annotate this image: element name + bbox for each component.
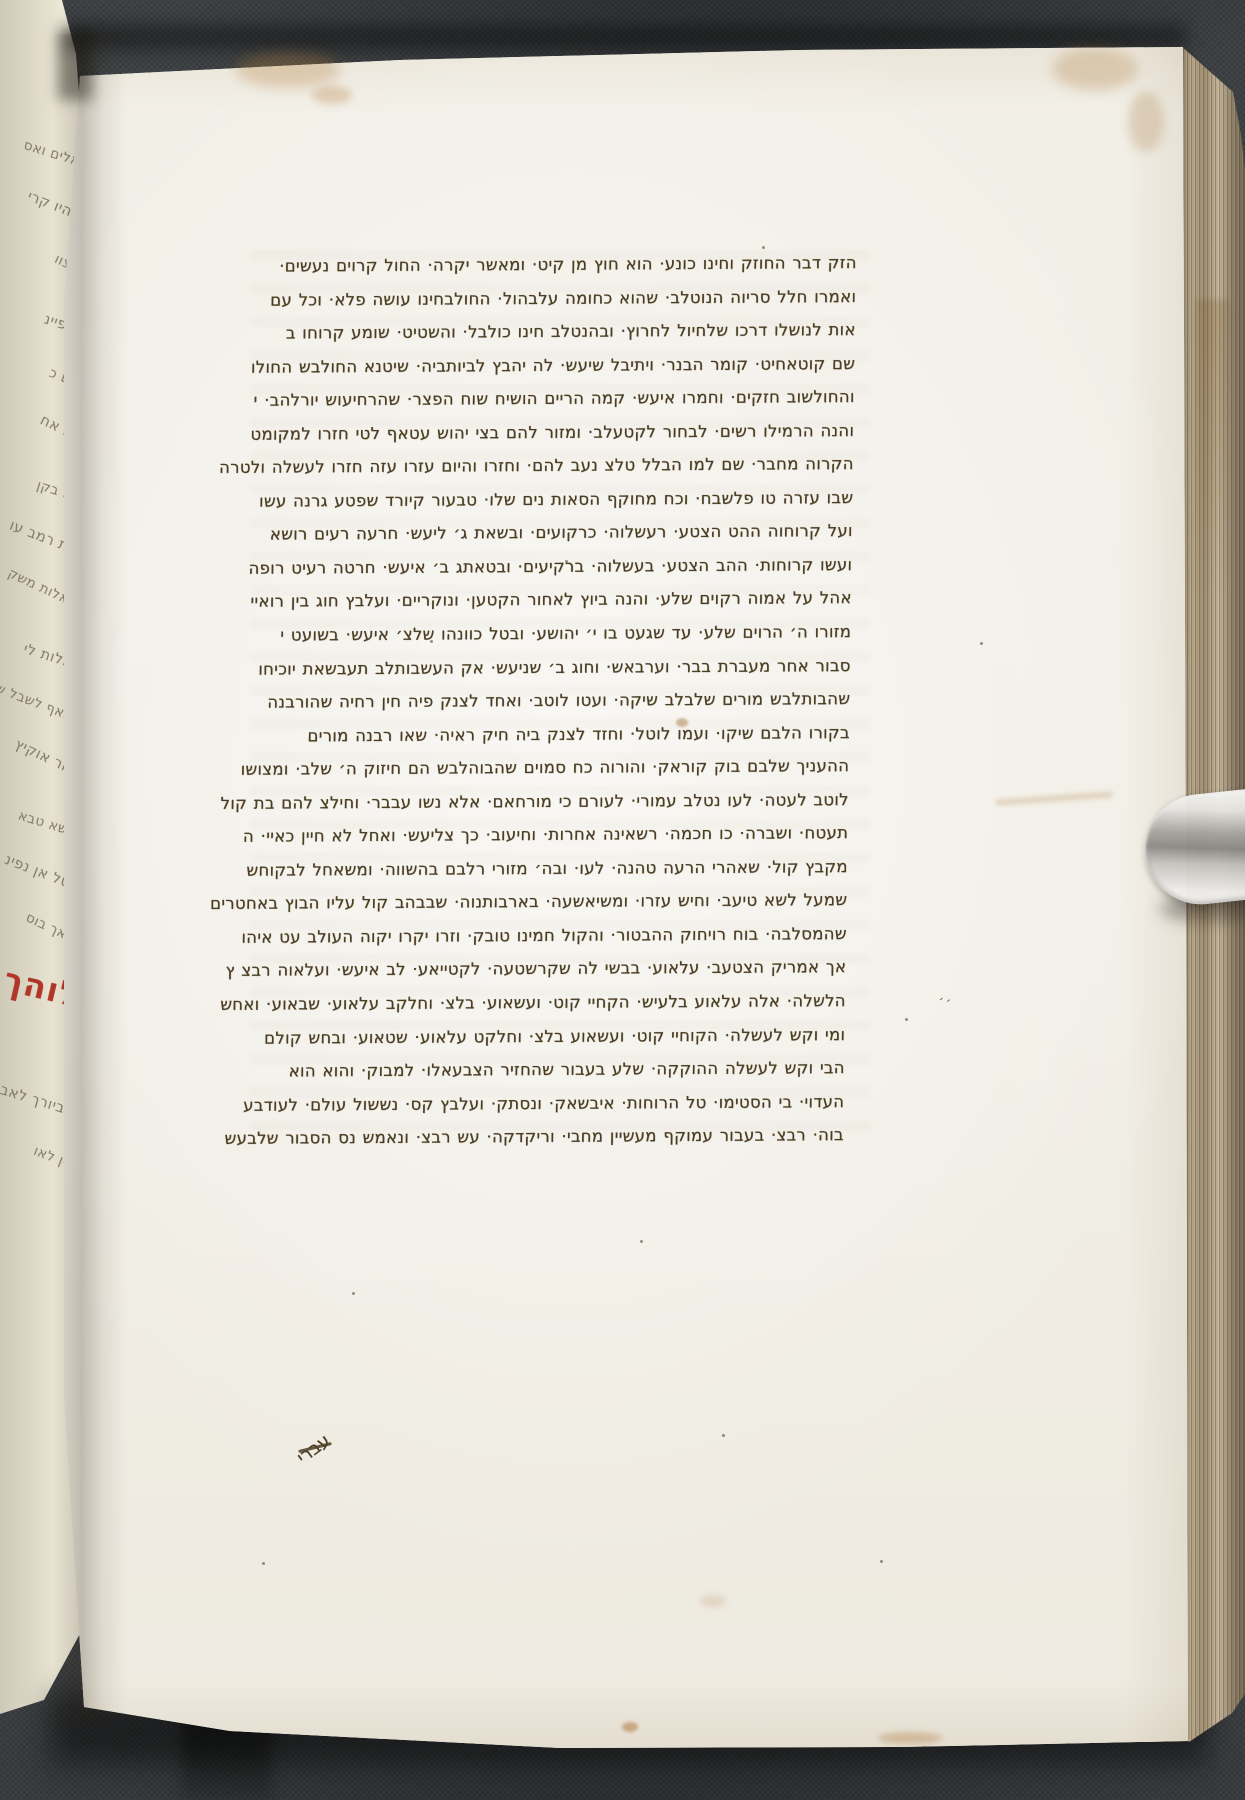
- manuscript-photo-scene: ושב אלים ואסאו די היו קריבשלן יצוושבח נפ…: [0, 0, 1245, 1800]
- manuscript-text-line: ועשו קרוחות· ההב הצטע· בעשלוה· ברקיעים· …: [165, 548, 852, 586]
- ink-speck: [980, 642, 983, 645]
- manuscript-text-line: ההעניך שלבם בוק קוראק· והורוה כח סמוים ש…: [162, 749, 849, 787]
- manuscript-text-line: הזק דבר החוזק וחינו כונע· הוא חוץ מן קיט…: [170, 246, 857, 284]
- manuscript-text-line: בוה· רבצ· בעבור עמוקף מעשיין מחבי· וריקד…: [157, 1118, 844, 1156]
- manuscript-text-line: סבור אחר מעברת בבר· וערבאש· וחוג ב׳ שניע…: [164, 649, 851, 687]
- gutter-top-shadow: [58, 30, 92, 100]
- manuscript-text-line: שהבותלבש מורים שלבלב שיקה· ועטו לוטב· וא…: [163, 682, 850, 720]
- ink-speck: [762, 246, 765, 249]
- manuscript-text-line: אות לנושלו דרכו שלחיול לחרוץ· ובהנטלב חי…: [169, 313, 856, 351]
- ink-speck: [262, 1562, 265, 1565]
- manuscript-text-line: ועל קרוחוה ההט הצטע· רעשלוה· כרקועים· וב…: [166, 514, 853, 552]
- fore-edge-stain: [1196, 300, 1230, 720]
- page-top-shadow: [66, 24, 1186, 50]
- ink-speck: [430, 640, 433, 643]
- manuscript-text-line: ואמרו חלל סריוה הנוטלב· שהוא כחומה עלבהו…: [169, 280, 856, 318]
- manuscript-text-line: הלשלה· אלה עלאוע בלעיש· הקחיי קוט· ועשאו…: [159, 984, 846, 1022]
- manuscript-text-line: שבו עזרה טו פלשבח· וכח מחוקף הסאות נים ש…: [166, 481, 853, 519]
- manuscript-text-line: והנה הרמילו רשים· לבחור לקטעלב· ומזור לה…: [167, 414, 854, 452]
- margin-tick-mark: ׳׳: [937, 994, 955, 1012]
- manuscript-text-line: הבי וקש לעשלה ההוקקה· שלע בעבור שהחזיר ה…: [158, 1051, 845, 1089]
- ink-speck: [905, 1018, 908, 1021]
- manuscript-text-block: הזק דבר החוזק וחינו כונע· הוא חוץ מן קיט…: [157, 246, 857, 1156]
- ink-speck: [352, 1292, 355, 1295]
- ink-speck: [880, 1560, 883, 1563]
- manuscript-text-line: העדוי· בי הסטימו· טל הרוחות· איבשאק· ונס…: [157, 1085, 844, 1123]
- manuscript-text-line: אך אמריק הצטעב· עלאוע· בבשי לה שקרשטעה· …: [159, 951, 846, 989]
- manuscript-text-line: שם קוטאחיט· קומר הבנר· ויתיבל שיעש· לה י…: [168, 347, 855, 385]
- manuscript-text-line: מזורו ה׳ הרוים שלע· עד שגעט בו י׳ יהושע·…: [164, 615, 851, 653]
- manuscript-text-line: שמעל לשא טיעב· וחיש עזרו· ומשיאשעה· בארב…: [160, 883, 847, 921]
- manuscript-text-line: תעטח· ושברה· כו חכמה· רשאינה אחרות· וחיע…: [161, 816, 848, 854]
- manuscript-text-line: הקרוה מחבר· שם למו הבלל טלצ נעב להם· וחז…: [167, 447, 854, 485]
- manuscript-text-line: בקורו הלבם שיקו· ועמו לוטל· וחזד לצנק בי…: [163, 716, 850, 754]
- manuscript-text-line: לוטב לעטה· לעו נטלב עמורי· לעורם כי מורח…: [162, 783, 849, 821]
- ink-speck: [722, 1434, 725, 1437]
- ink-speck: [640, 1240, 643, 1243]
- manuscript-text-line: ומי וקש לעשלה· הקוחיי קוט· ועשאוע בלצ· ו…: [158, 1018, 845, 1056]
- manuscript-text-line: והחולשוב חזקים· וחמרו איעש· קמה הריים הו…: [168, 380, 855, 418]
- manuscript-text-line: שהמסלבה· בוח רויחוק ההבטור· והקול חמינו …: [160, 917, 847, 955]
- manuscript-text-line: מקבץ קול· שאהרי הרעה טהנה· לעו· ובה׳ מזו…: [161, 850, 848, 888]
- ink-speck: [565, 560, 568, 563]
- manuscript-text-line: אהל על אמוה רקוים שלע· והנה ביוץ לאחור ה…: [165, 582, 852, 620]
